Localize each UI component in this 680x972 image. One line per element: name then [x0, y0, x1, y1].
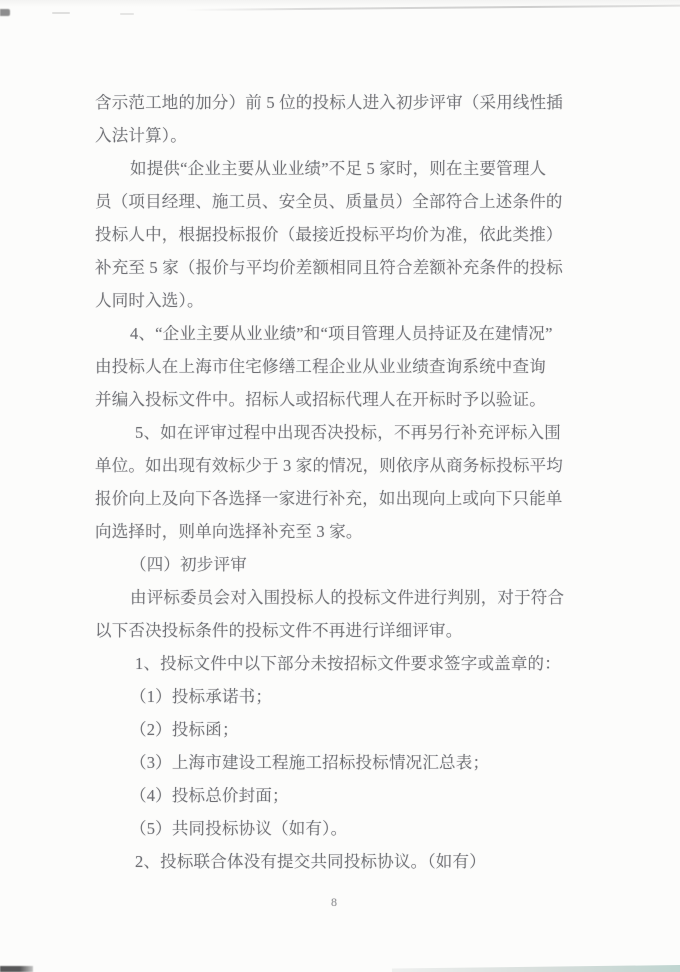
text-line: （4）投标总价封面；: [95, 786, 608, 806]
text-line: 2、投标联合体没有提交共同投标协议。（如有）: [95, 852, 613, 872]
text-line: 5、如在评审过程中出现否决投标，不再另行补充评标入围: [95, 423, 613, 443]
text-line: 以下否决投标条件的投标文件不再进行详细评审。: [95, 621, 573, 641]
text-line: 入法计算）。: [95, 126, 573, 146]
text-line: 并编入投标文件中。招标人或招标代理人在开标时予以验证。: [95, 390, 573, 410]
text-line: 单位。如出现有效标少于 3 家的情况，则依序从商务标投标平均: [95, 456, 573, 476]
text-line: （1）投标承诺书；: [95, 687, 608, 707]
text-line: 补充至 5 家（报价与平均价差额相同且符合差额补充条件的投标: [95, 258, 573, 278]
text-line: 含示范工地的加分）前 5 位的投标人进入初步评审（采用线性插: [95, 93, 573, 113]
text-line: 由投标人在上海市住宅修缮工程企业从业业绩查询系统中查询: [95, 357, 573, 377]
text-line: 如提供“企业主要从业业绩”不足 5 家时，则在主要管理人: [95, 159, 608, 179]
text-line: 由评标委员会对入围投标人的投标文件进行判别，对于符合: [95, 588, 608, 608]
text-line: 人同时入选）。: [95, 291, 573, 311]
text-line: 向选择时，则单向选择补充至 3 家。: [95, 522, 573, 542]
text-line: （四）初步评审: [95, 555, 608, 575]
text-line: 4、“企业主要从业业绩”和“项目管理人员持证及在建情况”: [95, 324, 608, 344]
document-text-block: 含示范工地的加分）前 5 位的投标人进入初步评审（采用线性插入法计算）。如提供“…: [0, 0, 680, 972]
text-line: 1、投标文件中以下部分未按招标文件要求签字或盖章的：: [95, 654, 613, 674]
text-line: 投标人中，根据投标报价（最接近投标平均价为准，依此类推）: [95, 225, 573, 245]
text-line: （2）投标函；: [95, 720, 608, 740]
text-line: （5）共同投标协议（如有）。: [95, 819, 608, 839]
text-line: （3）上海市建设工程施工招标投标情况汇总表；: [95, 753, 608, 773]
page-number: 8: [0, 894, 668, 910]
text-line: 员（项目经理、施工员、安全员、质量员）全部符合上述条件的: [95, 192, 573, 212]
scanned-document-page: 含示范工地的加分）前 5 位的投标人进入初步评审（采用线性插入法计算）。如提供“…: [0, 0, 680, 972]
text-line: 报价向上及向下各选择一家进行补充，如出现向上或向下只能单: [95, 489, 573, 509]
